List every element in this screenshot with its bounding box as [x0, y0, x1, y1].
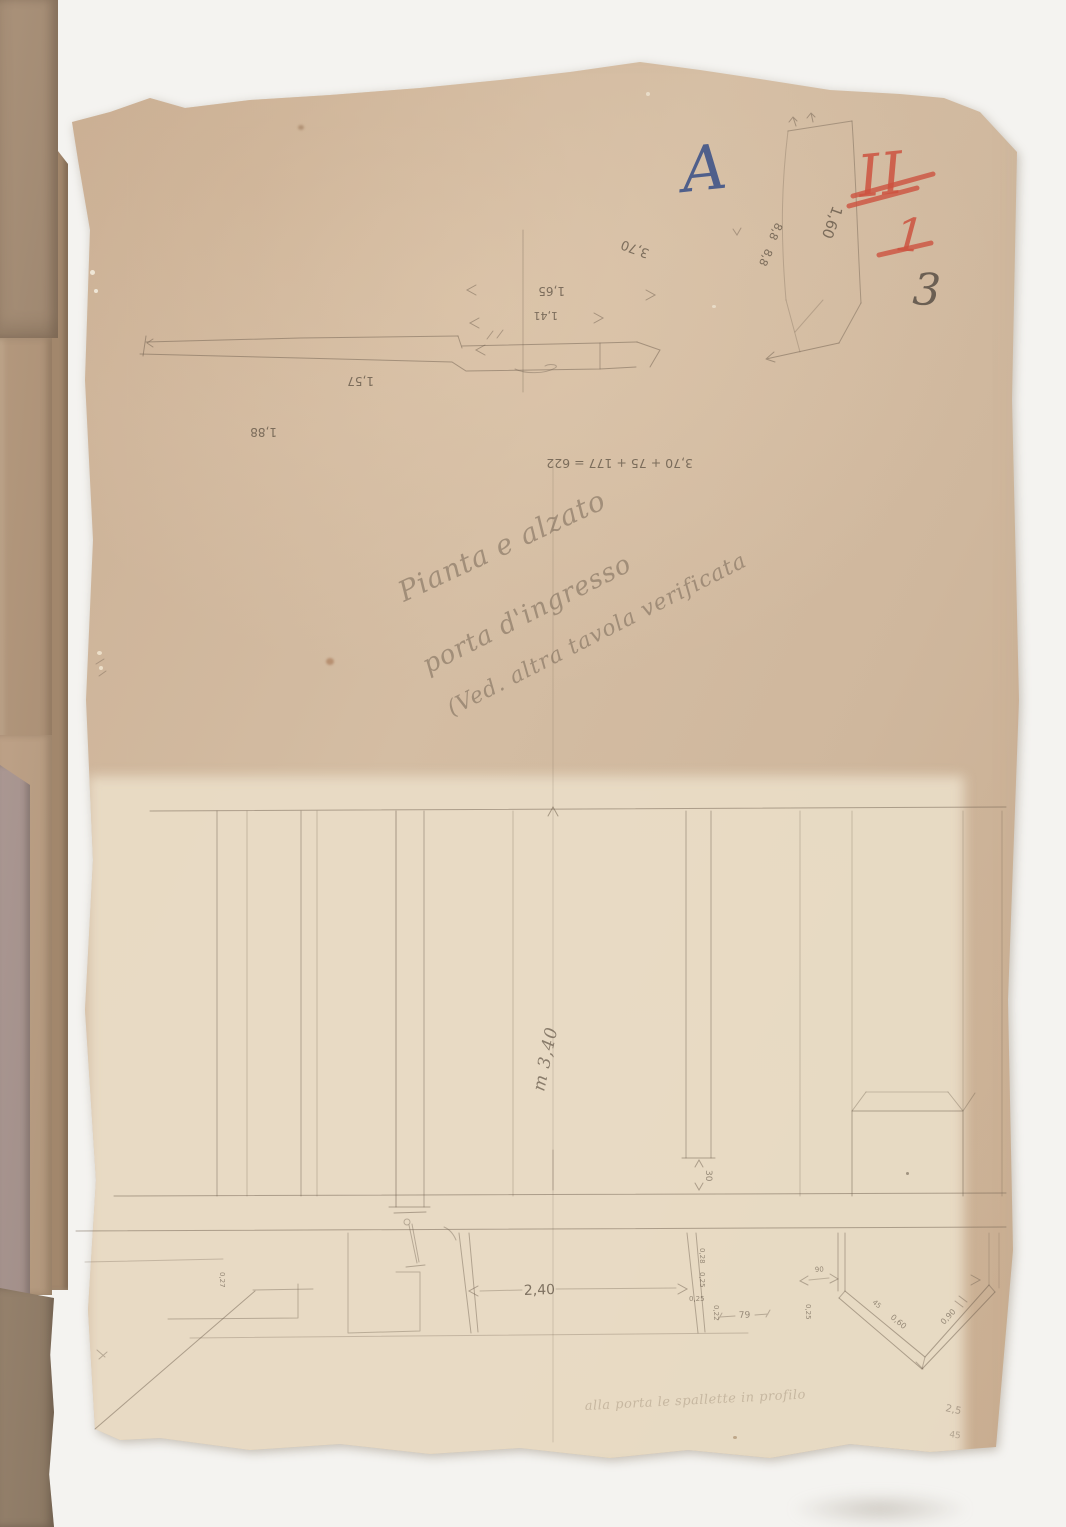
dark-fleck [906, 1172, 909, 1175]
paper-sheet-wrap [0, 0, 1066, 1527]
paper-fleck [90, 270, 95, 275]
stain-spot [326, 658, 334, 665]
stain-spot [298, 125, 304, 130]
paper-fleck [99, 666, 103, 670]
dark-fleck [733, 1436, 737, 1439]
sheet-edge-toning [0, 0, 1066, 1527]
paper-sheet [0, 0, 1066, 1527]
paper-fleck [646, 92, 650, 96]
scanned-drawing-sheet: A II 1 3 3,70 + 75 + 177 = 622 1,65 1,41… [0, 0, 1066, 1527]
paper-fleck [712, 305, 716, 308]
paper-fleck [94, 289, 98, 293]
paper-fleck [97, 651, 102, 655]
